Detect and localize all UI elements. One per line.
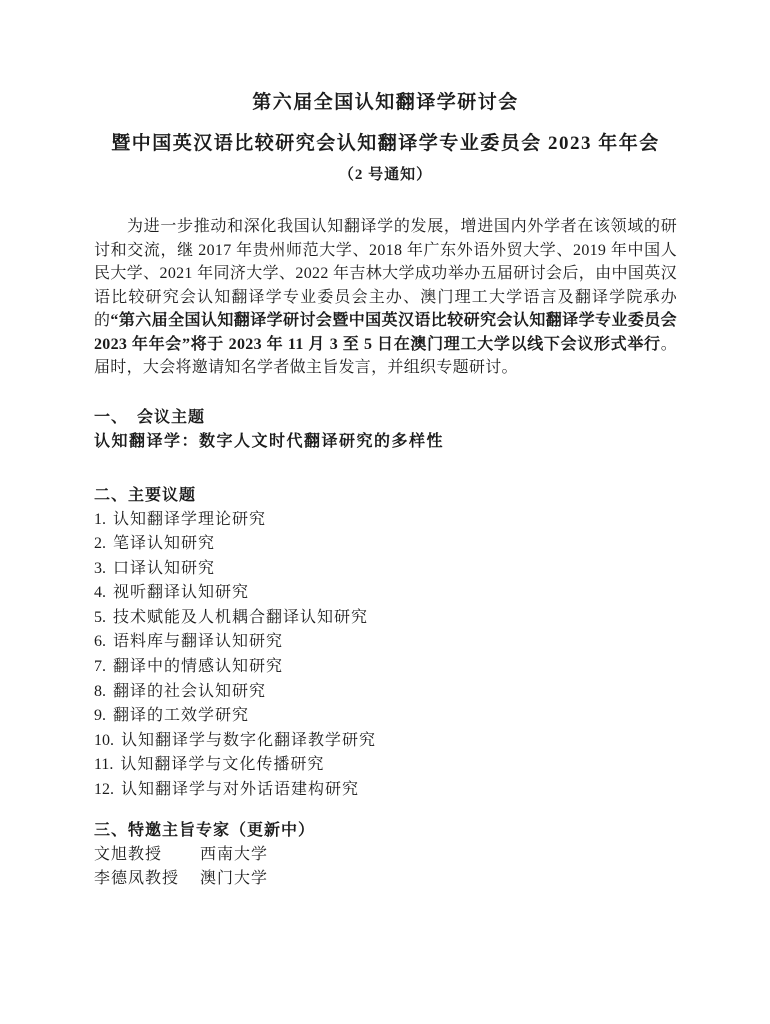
doc-title-line-1: 第六届全国认知翻译学研讨会: [94, 90, 677, 116]
expert-row: 文旭教授 西南大学: [94, 843, 677, 868]
section-main-topics: 二、主要议题 1.认知翻译学理论研究 2.笔译认知研究 3.口译认知研究 4.视…: [94, 484, 677, 803]
topic-label: 翻译的社会认知研究: [113, 683, 266, 700]
topic-label: 口译认知研究: [113, 560, 215, 577]
topic-label: 认知翻译学与对外话语建构研究: [121, 781, 359, 798]
document-page: 第六届全国认知翻译学研讨会 暨中国英汉语比较研究会认知翻译学专业委员会 2023…: [0, 0, 770, 1024]
topic-label: 视听翻译认知研究: [113, 584, 249, 601]
topic-number: 7.: [94, 655, 106, 680]
section-keynote-speakers: 三、特邀主旨专家（更新中） 文旭教授 西南大学 李德凤教授 澳门大学: [94, 819, 677, 892]
topic-number: 6.: [94, 630, 106, 655]
intro-paragraph: 为进一步推动和深化我国认知翻译学的发展，增进国内外学者在该领域的研讨和交流，继 …: [94, 215, 677, 380]
topic-label: 认知翻译学与文化传播研究: [120, 756, 324, 773]
topic-number: 9.: [94, 704, 106, 729]
topic-item: 3.口译认知研究: [94, 557, 677, 582]
section-topics-heading: 二、主要议题: [94, 484, 677, 508]
topic-label: 翻译中的情感认知研究: [113, 658, 283, 675]
expert-row: 李德凤教授 澳门大学: [94, 867, 677, 892]
topic-item: 10.认知翻译学与数字化翻译教学研究: [94, 729, 677, 754]
topic-number: 5.: [94, 606, 106, 631]
topic-label: 语料库与翻译认知研究: [113, 633, 283, 650]
topic-number: 1.: [94, 508, 106, 533]
topic-item: 11.认知翻译学与文化传播研究: [94, 753, 677, 778]
topic-number: 2.: [94, 532, 106, 557]
topic-number: 12.: [94, 778, 114, 803]
section-theme-heading: 一、 会议主题: [94, 406, 677, 430]
topic-label: 认知翻译学与数字化翻译教学研究: [121, 732, 376, 749]
topic-number: 8.: [94, 680, 106, 705]
expert-affiliation: 西南大学: [200, 843, 677, 868]
topic-label: 技术赋能及人机耦合翻译认知研究: [113, 609, 368, 626]
topic-list: 1.认知翻译学理论研究 2.笔译认知研究 3.口译认知研究 4.视听翻译认知研究…: [94, 508, 677, 803]
topic-item: 2.笔译认知研究: [94, 532, 677, 557]
topic-item: 12.认知翻译学与对外话语建构研究: [94, 778, 677, 803]
section-speakers-heading: 三、特邀主旨专家（更新中）: [94, 819, 677, 843]
topic-label: 认知翻译学理论研究: [113, 511, 266, 528]
topic-label: 翻译的工效学研究: [113, 707, 249, 724]
doc-title-line-2: 暨中国英汉语比较研究会认知翻译学专业委员会 2023 年年会: [94, 131, 677, 157]
topic-label: 笔译认知研究: [113, 535, 215, 552]
section-conference-theme: 一、 会议主题 认知翻译学：数字人文时代翻译研究的多样性: [94, 406, 677, 454]
topic-number: 11.: [94, 753, 113, 778]
topic-item: 6.语料库与翻译认知研究: [94, 630, 677, 655]
topic-item: 4.视听翻译认知研究: [94, 581, 677, 606]
topic-number: 10.: [94, 729, 114, 754]
topic-number: 4.: [94, 581, 106, 606]
expert-name: 李德凤教授: [94, 867, 200, 892]
topic-number: 3.: [94, 557, 106, 582]
intro-emphasis-text: “第六届全国认知翻译学研讨会暨中国英汉语比较研究会认知翻译学专业委员会 2023…: [94, 312, 677, 353]
notice-number: （2 号通知）: [94, 163, 677, 187]
expert-name: 文旭教授: [94, 843, 200, 868]
topic-item: 9.翻译的工效学研究: [94, 704, 677, 729]
topic-item: 5.技术赋能及人机耦合翻译认知研究: [94, 606, 677, 631]
topic-item: 7.翻译中的情感认知研究: [94, 655, 677, 680]
topic-item: 1.认知翻译学理论研究: [94, 508, 677, 533]
topic-item: 8.翻译的社会认知研究: [94, 680, 677, 705]
conference-theme-text: 认知翻译学：数字人文时代翻译研究的多样性: [94, 430, 677, 454]
expert-affiliation: 澳门大学: [200, 867, 677, 892]
